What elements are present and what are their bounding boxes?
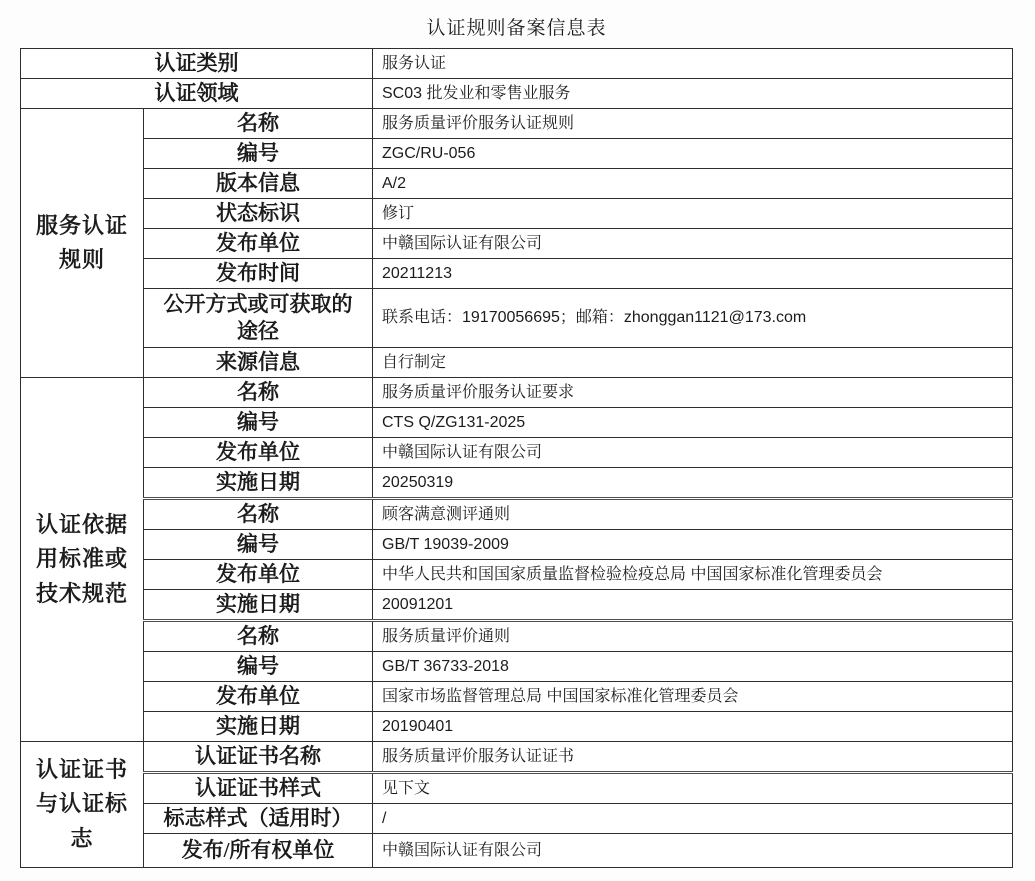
- row-label: 编号: [144, 139, 373, 169]
- row-label: 编号: [144, 408, 373, 438]
- table-row: 实施日期20190401: [21, 712, 1013, 742]
- row-value: GB/T 19039-2009: [373, 530, 1013, 560]
- table-row: 认证证书样式见下文: [21, 773, 1013, 804]
- table-row: 认证类别服务认证: [21, 49, 1013, 79]
- row-value: 顾客满意测评通则: [373, 499, 1013, 530]
- table-row: 编号GB/T 36733-2018: [21, 652, 1013, 682]
- row-value: 修订: [373, 199, 1013, 229]
- table-row: 服务认证 规则名称服务质量评价服务认证规则: [21, 109, 1013, 139]
- row-label: 名称: [144, 499, 373, 530]
- page-title: 认证规则备案信息表: [20, 13, 1013, 40]
- table-row: 版本信息A/2: [21, 169, 1013, 199]
- table-row: 认证依据 用标准或 技术规范名称服务质量评价服务认证要求: [21, 378, 1013, 408]
- row-label: 发布单位: [144, 438, 373, 468]
- row-value: 服务认证: [373, 49, 1013, 79]
- filing-table: 认证类别服务认证认证领域SC03 批发业和零售业服务服务认证 规则名称服务质量评…: [20, 48, 1013, 868]
- table-row: 编号GB/T 19039-2009: [21, 530, 1013, 560]
- table-row: 编号ZGC/RU-056: [21, 139, 1013, 169]
- row-value: 中赣国际认证有限公司: [373, 438, 1013, 468]
- table-row: 实施日期20250319: [21, 468, 1013, 499]
- row-label: 发布/所有权单位: [144, 834, 373, 868]
- row-label: 标志样式（适用时）: [144, 804, 373, 834]
- table-row: 认证领域SC03 批发业和零售业服务: [21, 79, 1013, 109]
- row-label: 发布单位: [144, 229, 373, 259]
- table-row: 发布单位中赣国际认证有限公司: [21, 229, 1013, 259]
- row-value: 中赣国际认证有限公司: [373, 834, 1013, 868]
- table-row: 发布时间20211213: [21, 259, 1013, 289]
- row-label: 认证证书名称: [144, 742, 373, 773]
- row-value: SC03 批发业和零售业服务: [373, 79, 1013, 109]
- row-value: 20211213: [373, 259, 1013, 289]
- table-row: 发布/所有权单位中赣国际认证有限公司: [21, 834, 1013, 868]
- row-label: 实施日期: [144, 590, 373, 621]
- row-value: 服务质量评价服务认证证书: [373, 742, 1013, 773]
- row-label: 名称: [144, 109, 373, 139]
- row-value: CTS Q/ZG131-2025: [373, 408, 1013, 438]
- group-label: 认证证书 与认证标 志: [21, 742, 144, 868]
- table-row: 状态标识修订: [21, 199, 1013, 229]
- table-row: 发布单位中赣国际认证有限公司: [21, 438, 1013, 468]
- table-row: 名称顾客满意测评通则: [21, 499, 1013, 530]
- row-value: 国家市场监督管理总局 中国国家标准化管理委员会: [373, 682, 1013, 712]
- row-label: 认证领域: [21, 79, 373, 109]
- row-value: 见下文: [373, 773, 1013, 804]
- group-label: 服务认证 规则: [21, 109, 144, 378]
- row-value: 服务质量评价服务认证要求: [373, 378, 1013, 408]
- row-value: GB/T 36733-2018: [373, 652, 1013, 682]
- row-label: 发布单位: [144, 560, 373, 590]
- row-label: 发布单位: [144, 682, 373, 712]
- table-row: 发布单位中华人民共和国国家质量监督检验检疫总局 中国国家标准化管理委员会: [21, 560, 1013, 590]
- table-row: 发布单位国家市场监督管理总局 中国国家标准化管理委员会: [21, 682, 1013, 712]
- row-value: 20091201: [373, 590, 1013, 621]
- row-label: 实施日期: [144, 468, 373, 499]
- table-row: 标志样式（适用时）/: [21, 804, 1013, 834]
- row-label: 来源信息: [144, 348, 373, 378]
- row-label: 版本信息: [144, 169, 373, 199]
- row-value: 20190401: [373, 712, 1013, 742]
- row-value: 服务质量评价服务认证规则: [373, 109, 1013, 139]
- row-value: 中华人民共和国国家质量监督检验检疫总局 中国国家标准化管理委员会: [373, 560, 1013, 590]
- table-row: 认证证书 与认证标 志认证证书名称服务质量评价服务认证证书: [21, 742, 1013, 773]
- row-value: A/2: [373, 169, 1013, 199]
- row-value: 联系电话：19170056695；邮箱：zhonggan1121@173.com: [373, 289, 1013, 348]
- table-row: 来源信息自行制定: [21, 348, 1013, 378]
- row-label: 认证证书样式: [144, 773, 373, 804]
- row-value: /: [373, 804, 1013, 834]
- row-value: ZGC/RU-056: [373, 139, 1013, 169]
- row-label: 名称: [144, 621, 373, 652]
- table-row: 名称服务质量评价通则: [21, 621, 1013, 652]
- row-value: 自行制定: [373, 348, 1013, 378]
- row-label: 编号: [144, 652, 373, 682]
- row-label: 认证类别: [21, 49, 373, 79]
- table-row: 编号CTS Q/ZG131-2025: [21, 408, 1013, 438]
- row-label: 名称: [144, 378, 373, 408]
- table-row: 公开方式或可获取的 途径联系电话：19170056695；邮箱：zhonggan…: [21, 289, 1013, 348]
- row-label: 实施日期: [144, 712, 373, 742]
- row-label: 公开方式或可获取的 途径: [144, 289, 373, 348]
- row-value: 20250319: [373, 468, 1013, 499]
- row-label: 编号: [144, 530, 373, 560]
- row-value: 服务质量评价通则: [373, 621, 1013, 652]
- row-label: 状态标识: [144, 199, 373, 229]
- row-value: 中赣国际认证有限公司: [373, 229, 1013, 259]
- row-label: 发布时间: [144, 259, 373, 289]
- group-label: 认证依据 用标准或 技术规范: [21, 378, 144, 742]
- table-row: 实施日期20091201: [21, 590, 1013, 621]
